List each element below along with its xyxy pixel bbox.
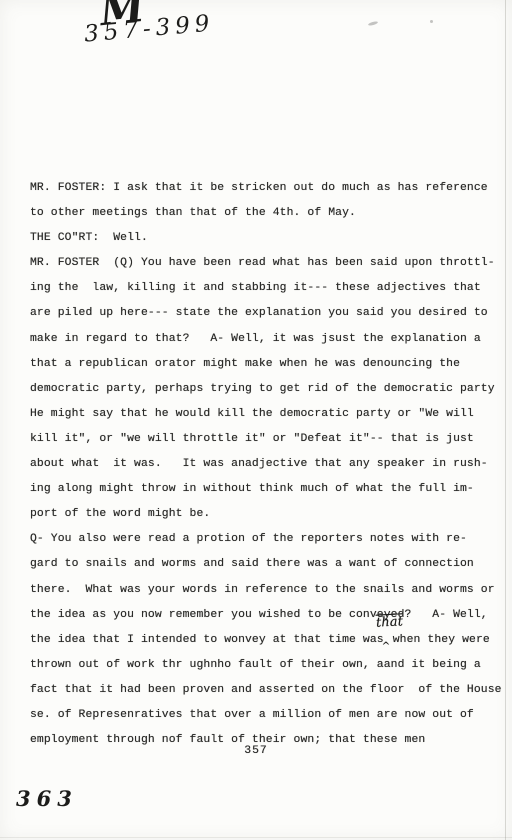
scan-edge-line <box>505 0 506 840</box>
transcript-line-with-insertion: the idea that I intended to wonvey at th… <box>30 628 496 653</box>
transcript-line: are piled up here--- state the explanati… <box>30 301 496 326</box>
transcript-line: gard to snails and worms and said there … <box>30 552 496 577</box>
transcript-line: the idea as you now remember you wished … <box>30 603 496 628</box>
scan-edge-line-bottom <box>0 837 512 838</box>
transcript-line: kill it", or "we will throttle it" or "D… <box>30 427 496 452</box>
transcript-line: fact that it had been proven and asserte… <box>30 678 496 703</box>
inserted-word: that <box>375 609 403 635</box>
line-text-before: the idea that I intended to wonvey at th… <box>30 634 384 646</box>
transcript-line: se. of Represenratives that over a milli… <box>30 703 496 728</box>
transcript-line: He might say that he would kill the demo… <box>30 402 496 427</box>
transcript-line: MR. FOSTER (Q) You have been read what h… <box>30 251 496 276</box>
handwritten-insertion: that^ <box>384 641 393 642</box>
transcript-line: to other meetings than that of the 4th. … <box>30 201 496 226</box>
insertion-caret: ^ <box>382 634 390 659</box>
transcript-line: ing along might throw in without think m… <box>30 477 496 502</box>
transcript-line: ing the law, killing it and stabbing it-… <box>30 276 496 301</box>
transcript-line: THE CO"RT: Well. <box>30 226 496 251</box>
transcript-line: democratic party, perhaps trying to get … <box>30 377 496 402</box>
transcript-line: there. What was your words in reference … <box>30 578 496 603</box>
scan-speck <box>368 21 378 26</box>
scan-speck <box>430 20 433 23</box>
page-number: 357 <box>0 745 512 757</box>
scanned-page: M 357-399 MR. FOSTER: I ask that it be s… <box>0 0 512 840</box>
transcript-line: that a republican orator might make when… <box>30 352 496 377</box>
transcript-body: MR. FOSTER: I ask that it be stricken ou… <box>30 176 496 753</box>
transcript-line: MR. FOSTER: I ask that it be stricken ou… <box>30 176 496 201</box>
transcript-line: port of the word might be. <box>30 502 496 527</box>
handwritten-bottom-number: 363 <box>16 786 78 811</box>
transcript-line: about what it was. It was anadjective th… <box>30 452 496 477</box>
transcript-line: thrown out of work thr ughnho fault of t… <box>30 653 496 678</box>
transcript-line: make in regard to that? A- Well, it was … <box>30 327 496 352</box>
line-text-after: when they were <box>393 634 490 646</box>
transcript-line: Q- You also were read a protion of the r… <box>30 527 496 552</box>
